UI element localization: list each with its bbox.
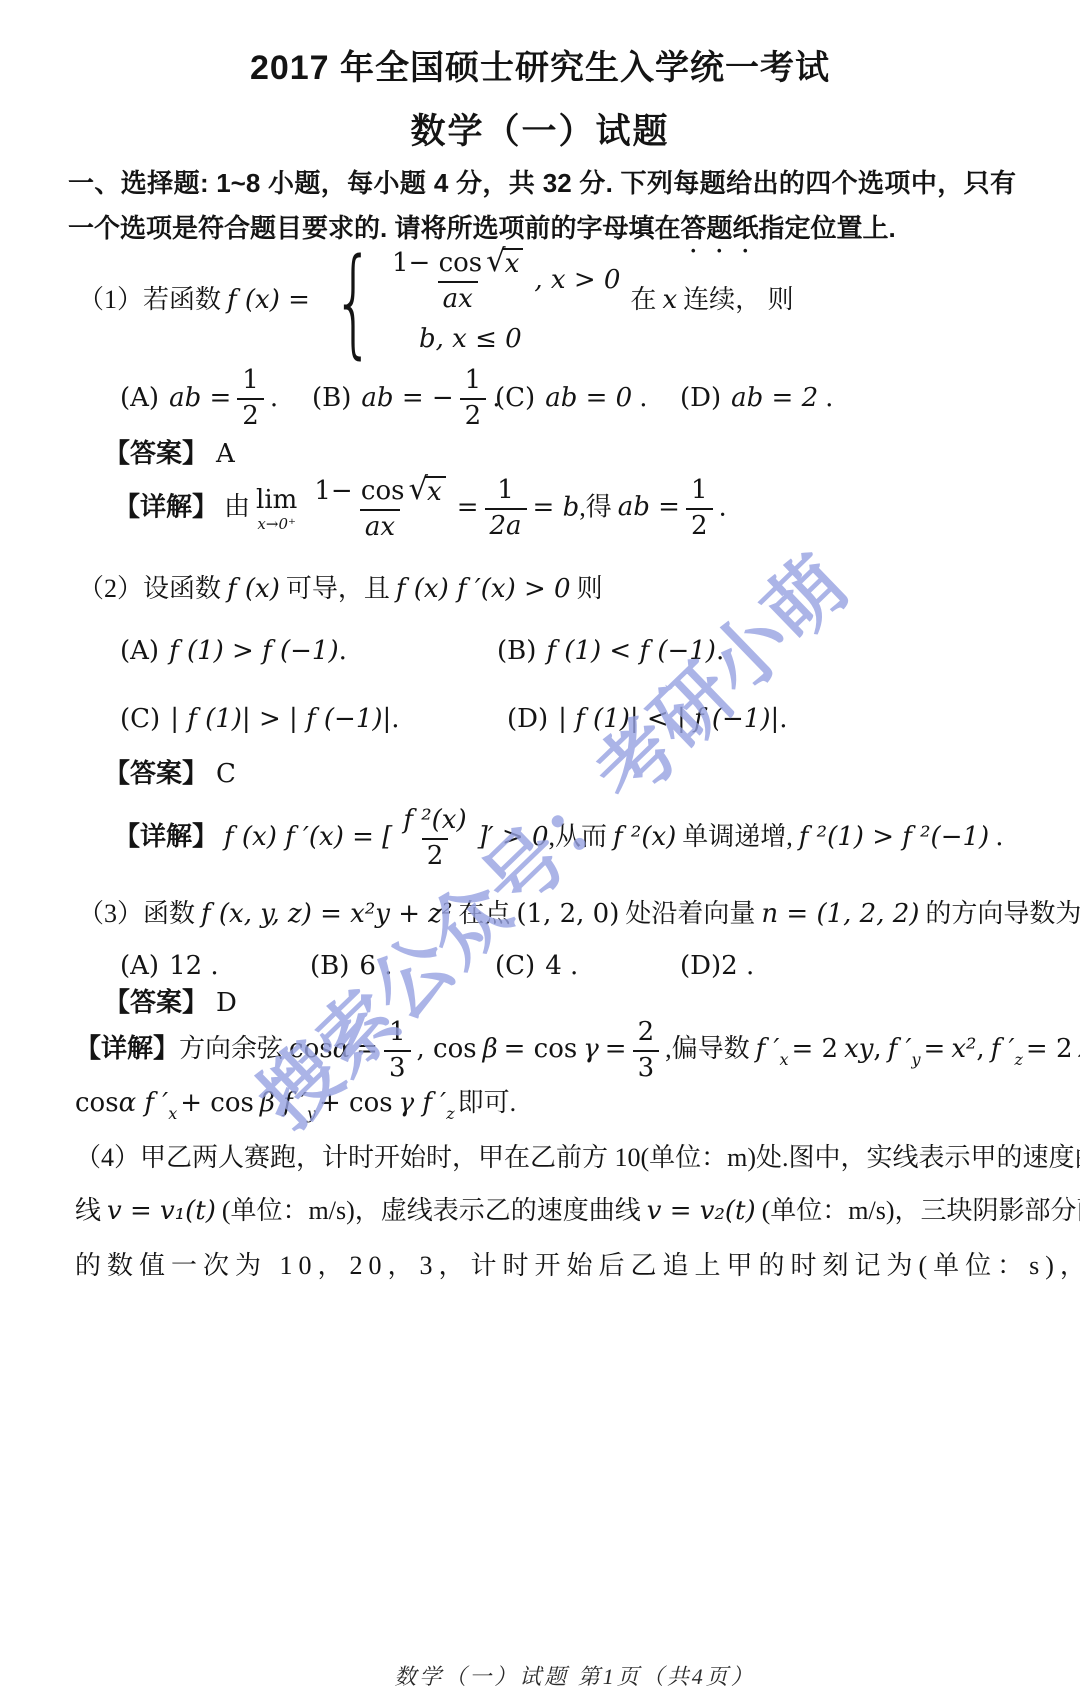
q1-fraction-denominator: ax xyxy=(438,281,478,315)
question-3-stem: （3）函数f (x, y, z) = x²y + z²在点(1, 2, 0)处沿… xyxy=(78,897,1080,932)
q2-stem-text-3: 则 xyxy=(577,574,603,603)
solution-math-2: ]′ > 0 xyxy=(478,822,549,852)
answer-value: D xyxy=(216,988,237,1018)
solution-fraction-3: 12 xyxy=(686,476,713,542)
q3-option-a: (A)12 . xyxy=(120,950,310,984)
answer-label: 【答案】 xyxy=(104,988,208,1017)
q3-option-b: (B)6 . xyxy=(310,950,495,984)
plus-cos: + cos xyxy=(180,1088,254,1118)
solution-text-2: ,得 xyxy=(579,492,612,521)
option-label: (D) xyxy=(680,950,721,984)
option-label: (B) xyxy=(312,382,351,416)
question-2-options-row-1: (A)f (1) > f (−1) .(B)f (1) < f (−1). xyxy=(120,634,724,669)
solution-text-1: ,从而 xyxy=(549,822,608,851)
subscript-y: y xyxy=(911,1050,920,1069)
equals-sign: = xyxy=(356,1034,378,1064)
partial-fy: f ′ xyxy=(888,1034,912,1064)
question-4-line-1: （4）甲乙两人赛跑，计时开始时，甲在乙前方 10(单位：m)处.图中，实线表示甲… xyxy=(75,1141,1080,1175)
option-formula: | f (1)| > | f (−1)| xyxy=(170,703,391,737)
plus-cos: + cos xyxy=(319,1088,393,1118)
limit-word: lim xyxy=(256,487,297,513)
q1-fraction-numerator: 1− cos√x xyxy=(387,248,528,281)
section-instructions: 一、选择题: 1~8 小题，每小题 4 分，共 32 分. 下列每题给出的四个选… xyxy=(68,161,1016,258)
question-2-answer: 【答案】C xyxy=(104,757,236,792)
q4-text-5: 的数值一次为 10，20，3，计时开始后乙追上甲的时刻记为(单位：s)，则 xyxy=(75,1251,1080,1280)
answer-label: 【答案】 xyxy=(104,759,208,788)
solution-label: 【详解】 xyxy=(114,492,218,521)
q2-math-2: f (x) f ′(x) > 0 xyxy=(396,574,571,604)
option-label: (C) xyxy=(120,703,160,737)
subscript-x: x xyxy=(779,1050,788,1069)
q1-fraction: 1− cos√xax xyxy=(387,248,528,315)
fraction-denominator: 2 xyxy=(237,398,264,432)
answer-label: 【答案】 xyxy=(104,439,208,468)
q3-point: (1, 2, 0) xyxy=(516,899,619,929)
fraction-numerator: f ²(x) xyxy=(398,806,471,838)
question-2-solution: 【详解】f (x) f ′(x) = [f ²(x)2]′ > 0,从而f ²(… xyxy=(114,806,1003,872)
option-period: . xyxy=(391,703,399,737)
q2-option-d: (D)| f (1)| < | f (−1)|. xyxy=(507,703,788,737)
q2-option-b: (B)f (1) < f (−1). xyxy=(497,635,724,669)
option-period: . xyxy=(639,382,647,416)
q2-stem-text-2: 可导，且 xyxy=(286,574,390,603)
answer-value: A xyxy=(216,439,235,469)
subscript-z: z xyxy=(446,1104,454,1123)
solution-fraction-1: 1− cos√xax xyxy=(309,476,450,543)
solution-period: . xyxy=(995,822,1003,852)
question-3-solution-line-1: 【详解】方向余弦cosα=13, cosβ= cosγ=23,偏导数f ′x= … xyxy=(75,1018,1080,1084)
cos-operator: , cos xyxy=(417,1034,477,1064)
option-period: . xyxy=(779,703,787,737)
solution-fraction-2: 12a xyxy=(485,476,527,542)
square-root: √x xyxy=(486,248,523,279)
solution-text-2: ,偏导数 xyxy=(665,1034,750,1063)
cases-brace: { xyxy=(333,250,374,354)
solution-math-4: f ²(1) > f ²(−1) xyxy=(799,822,989,852)
page-subtitle: 数学（一）试题 xyxy=(0,104,1080,154)
option-period: . xyxy=(339,635,347,669)
option-label: (A) xyxy=(120,382,159,416)
q3-option-d: (D)2 . xyxy=(680,950,754,984)
option-value: 6 . xyxy=(359,950,392,984)
option-fraction: 12 xyxy=(237,366,264,432)
radical-sign: √ xyxy=(486,247,506,278)
q3-stem-text-4: 的方向导数为 xyxy=(925,899,1080,928)
question-1-solution: 【详解】由limx→0⁺1− cos√xax=12a= b,得ab =12. xyxy=(114,476,727,543)
page-title: 2017 年全国硕士研究生入学统一考试 xyxy=(0,40,1080,89)
fraction-denominator: 3 xyxy=(633,1050,660,1084)
gamma-fz: γ f ′ xyxy=(399,1088,447,1118)
subscript-y: y xyxy=(307,1104,316,1123)
option-period: . xyxy=(716,635,724,669)
option-period: . xyxy=(825,382,833,416)
option-formula: ab = 2 xyxy=(731,382,818,416)
option-value: 4 . xyxy=(545,950,578,984)
cos-operator: = cos xyxy=(504,1034,578,1064)
option-label: (B) xyxy=(310,950,349,984)
cos-operator: cos xyxy=(289,1034,333,1064)
solution-math-3: f ²(x) xyxy=(613,822,676,852)
question-1-answer: 【答案】A xyxy=(104,437,235,472)
option-label: (C) xyxy=(495,950,535,984)
q1-option-d: (D)ab = 2. xyxy=(680,382,833,416)
equals-sign: = xyxy=(924,1034,946,1064)
option-label: (C) xyxy=(495,382,535,416)
q4-velocity-1: v = v₁(t) xyxy=(107,1196,216,1226)
limit-operator: limx→0⁺ xyxy=(256,487,297,532)
instructions-emphasized-term: 答题纸 xyxy=(680,213,758,243)
limit-subscript: x→0⁺ xyxy=(257,517,296,532)
comma: , xyxy=(976,1034,984,1064)
option-formula: ab = 0 xyxy=(545,382,632,416)
q3-option-c: (C)4 . xyxy=(495,950,680,984)
fraction-denominator: 3 xyxy=(384,1050,411,1084)
q3-stem-text-1: （3）函数 xyxy=(78,899,195,928)
option-value: 12 . xyxy=(169,950,219,984)
q1-stem-variable: x xyxy=(662,285,677,315)
fraction-denominator: 2 xyxy=(460,398,487,432)
q1-function-lhs: f (x) = xyxy=(227,285,310,315)
fraction-denominator: 2 xyxy=(422,838,449,872)
question-4-line-2: 线v = v₁(t)(单位：m/s)，虚线表示乙的速度曲线v = v₂(t)(单… xyxy=(75,1194,1080,1229)
solution-text-4: 即可. xyxy=(458,1088,517,1117)
equals-sign: = xyxy=(457,492,479,522)
question-3-options: (A)12 .(B)6 .(C)4 .(D)2 . xyxy=(120,949,754,984)
q1-stem-post-2: 连续， 则 xyxy=(683,285,794,314)
q3-math-1: f (x, y, z) = x²y + z² xyxy=(201,899,452,929)
solution-fraction: f ²(x)2 xyxy=(398,806,471,872)
case-2: b, x ≤ 0 xyxy=(419,323,522,357)
equals-two: = 2 xyxy=(791,1034,838,1064)
option-formula: | f (1)| < | f (−1)| xyxy=(558,703,779,737)
q1-option-a: (A)ab =12. xyxy=(120,366,312,432)
alpha-fx: α f ′ xyxy=(119,1088,169,1118)
fraction-numerator: 1− cos√x xyxy=(309,476,450,509)
q4-text-3: (单位：m/s)，虚线表示乙的速度曲线 xyxy=(222,1196,641,1225)
option-label: (D) xyxy=(507,703,548,737)
q1-stem-text: （1）若函数 xyxy=(78,285,221,314)
q1-stem-post-1: 在 xyxy=(630,285,656,314)
solution-text-1: 方向余弦 xyxy=(179,1034,283,1063)
question-3-answer: 【答案】D xyxy=(104,986,237,1021)
q4-text-2: 线 xyxy=(75,1196,101,1225)
q1-option-b: (B)ab = −12. xyxy=(312,366,495,432)
q1-option-c: (C)ab = 0. xyxy=(495,382,680,416)
beta-fy: β f ′ xyxy=(260,1088,307,1118)
xy-term: xy xyxy=(844,1034,873,1064)
q4-text-4: (单位：m/s)，三块阴影部分面积 xyxy=(762,1196,1080,1225)
equals-sign: = xyxy=(605,1034,627,1064)
option-label: (B) xyxy=(497,635,536,669)
comma: , xyxy=(873,1034,881,1064)
case-1: 1− cos√xax, x > 0 xyxy=(381,248,620,315)
question-1-stem: （1）若函数f (x) ={1− cos√xax, x > 0b, x ≤ 0在… xyxy=(78,248,794,356)
radical-sign: √ xyxy=(408,475,428,506)
question-2-options-row-2: (C)| f (1)| > | f (−1)|.(D)| f (1)| < | … xyxy=(120,702,788,737)
piecewise-cases: 1− cos√xax, x > 0b, x ≤ 0 xyxy=(381,248,620,356)
option-period: . xyxy=(270,382,278,416)
partial-fz: f ′ xyxy=(991,1034,1015,1064)
fraction-denominator: 2 xyxy=(686,508,713,542)
subscript-x: x xyxy=(168,1104,177,1123)
option-label: (A) xyxy=(120,635,159,669)
fraction-numerator: 1 xyxy=(460,366,487,398)
case-1-condition: , x > 0 xyxy=(534,264,620,298)
solution-period: . xyxy=(719,492,727,522)
option-formula: ab = − xyxy=(361,382,453,416)
fraction-numerator: 2 xyxy=(633,1018,660,1050)
q2-math-1: f (x) xyxy=(227,574,280,604)
fraction-one-third: 13 xyxy=(384,1018,411,1084)
instructions-text-2: 指定位置上. xyxy=(758,213,895,243)
q3-stem-text-3: 处沿着向量 xyxy=(625,899,755,928)
q3-stem-text-2: 在点 xyxy=(458,899,510,928)
fraction-numerator: 1 xyxy=(384,1018,411,1050)
q2-stem-text-1: （2）设函数 xyxy=(78,574,221,603)
q3-vector: n = (1, 2, 2) xyxy=(761,899,919,929)
q2-option-a: (A)f (1) > f (−1) . xyxy=(120,635,497,669)
fraction-denominator: 2a xyxy=(485,508,527,542)
option-fraction: 12 xyxy=(460,366,487,432)
question-1-options: (A)ab =12.(B)ab = −12.(C)ab = 0.(D)ab = … xyxy=(120,366,833,432)
solution-eq-b: = b xyxy=(533,492,580,522)
solution-label: 【详解】 xyxy=(75,1034,179,1063)
option-label: (A) xyxy=(120,950,159,984)
option-value: 2 . xyxy=(721,950,754,984)
fraction-numerator: 1 xyxy=(237,366,264,398)
beta-symbol: β xyxy=(483,1034,498,1064)
subscript-z: z xyxy=(1014,1050,1022,1069)
answer-value: C xyxy=(216,759,236,789)
x-squared-term: x² xyxy=(951,1034,976,1064)
square-root: √x xyxy=(408,476,445,507)
solution-ab: ab = xyxy=(618,492,680,522)
q4-velocity-2: v = v₂(t) xyxy=(647,1196,756,1226)
gamma-symbol: γ xyxy=(583,1034,599,1064)
cos-operator: cos xyxy=(75,1088,119,1118)
option-label: (D) xyxy=(680,382,721,416)
question-2-stem: （2）设函数f (x)可导，且f (x) f ′(x) > 0则 xyxy=(78,572,603,607)
q4-text-1: （4）甲乙两人赛跑，计时开始时，甲在乙前方 10(单位：m)处.图中，实线表示甲… xyxy=(75,1143,1080,1172)
question-3-solution-line-2: cosα f ′x+ cosβ f ′y+ cosγ f ′z即可. xyxy=(75,1086,516,1125)
option-formula: f (1) > f (−1) xyxy=(169,635,339,669)
page-footer: 数学（一）试题 第1页（共4页） xyxy=(0,1660,1080,1691)
numerator-text: 1− cos xyxy=(314,477,404,507)
partial-fx: f ′ xyxy=(756,1034,780,1064)
option-formula: f (1) < f (−1) xyxy=(546,635,716,669)
exam-page: 2017 年全国硕士研究生入学统一考试 数学（一）试题 一、选择题: 1~8 小… xyxy=(0,0,1080,1696)
fraction-denominator: ax xyxy=(360,509,400,543)
solution-text-1: 由 xyxy=(224,492,250,521)
solution-text-2: 单调递增, xyxy=(682,822,793,851)
alpha-symbol: α xyxy=(333,1034,351,1064)
solution-math-1: f (x) f ′(x) = [ xyxy=(224,822,392,852)
question-4-line-3: 的数值一次为 10，20，3，计时开始后乙追上甲的时刻记为(单位：s)，则 xyxy=(75,1249,1080,1283)
solution-label: 【详解】 xyxy=(114,822,218,851)
fraction-numerator: 1 xyxy=(686,476,713,508)
q2-option-c: (C)| f (1)| > | f (−1)|. xyxy=(120,703,507,737)
option-formula: ab = xyxy=(169,382,231,416)
equals-two: = 2 xyxy=(1026,1034,1073,1064)
fraction-two-thirds: 23 xyxy=(633,1018,660,1084)
numerator-text: 1− cos xyxy=(392,249,482,279)
fraction-numerator: 1 xyxy=(492,476,519,508)
